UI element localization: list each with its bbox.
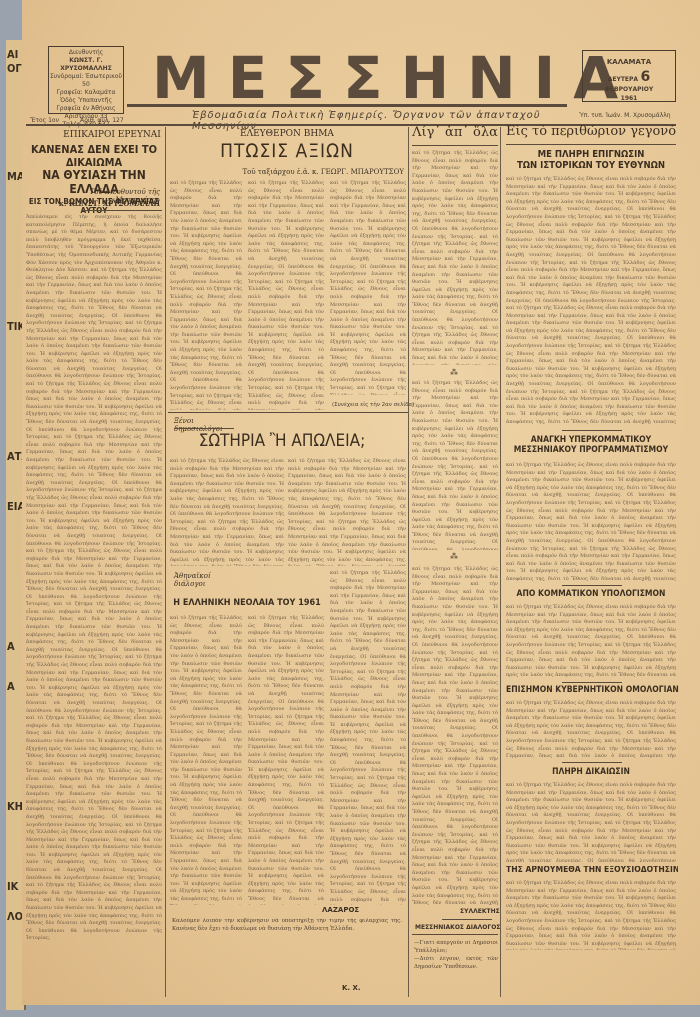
newspaper-title: ΜΕΣΣΗΝΙΑ xyxy=(152,48,572,108)
newspaper-page: Διευθυντής ΚΩΝΣΤ. Γ. ΧΡΥΣΟΜΑΛΛΗΣ Συνδρομ… xyxy=(22,0,700,1005)
dialogue-rule xyxy=(412,934,498,935)
previous-page-fragment: Α xyxy=(7,640,23,653)
col2-bottom-headline: Η ΕΛΛΗΝΙΚΗ ΝΕΟΛΑΙΑ ΤΟΥ 1961 xyxy=(172,598,322,608)
lead-byline-author: κ. ΚΩΝΣΤ. ΧΡΥΣΟΜΑΛΛΗ xyxy=(42,199,160,208)
col4-section-heading: Εἰς τὸ περιθώριον γεγονότων xyxy=(506,125,676,140)
col4-divider xyxy=(562,430,622,431)
col2-bottom-body: καὶ τὸ ζήτημα τῆς Ἑλλάδος ὡς ἔθνους εἶνα… xyxy=(248,615,324,905)
column-rule xyxy=(500,127,501,997)
kicker-rule xyxy=(174,428,234,429)
col3-body: καὶ τὸ ζήτημα τῆς Ἑλλάδος ὡς ἔθνους εἶνα… xyxy=(412,150,498,365)
col3-heading-rule xyxy=(412,145,498,146)
headline-line: ΤΩΝ ΙΣΤΟΡΙΚΩΝ ΤΟΥ ΕΥΘΥΝΩΝ xyxy=(506,161,676,172)
continued-note: (Συνέχεια εἰς τὴν 2αν σελίδα) xyxy=(332,402,414,408)
col4-headline-1: ΜΕ ΠΛΗΡΗ ΕΠΙΓΝΩΣΙΝ ΤΩΝ ΙΣΤΟΡΙΚΩΝ ΤΟΥ ΕΥΘ… xyxy=(506,150,676,172)
col2-body: καὶ τὸ ζήτημα τῆς Ἑλλάδος ὡς ἔθνους εἶνα… xyxy=(330,180,406,395)
publisher-name: ΚΩΝΣΤ. Γ. ΧΡΥΣΟΜΑΛΛΗΣ xyxy=(49,57,123,73)
col4-body: καὶ τὸ ζήτημα τῆς Ἑλλάδος ὡς ἔθνους εἶνα… xyxy=(506,700,676,758)
date-line: ΔΕΥΤΕΡΑ 6 ΦΕΒΡΟΥΑΡΙΟΥ xyxy=(583,69,675,93)
col2-body: καὶ τὸ ζήτημα τῆς Ἑλλάδος ὡς ἔθνους εἶνα… xyxy=(248,180,324,410)
date-box: ΚΑΛΑΜΑΤΑ ΔΕΥΤΕΡΑ 6 ΦΕΒΡΟΥΑΡΙΟΥ 1961 xyxy=(582,50,676,102)
col4-body: καὶ τὸ ζήτημα τῆς Ἑλλάδος ὡς ἔθνους εἶνα… xyxy=(506,604,676,680)
col3-rule xyxy=(442,919,492,920)
previous-page-fragment: ΙΚ xyxy=(7,880,23,893)
day-number: 6 xyxy=(641,69,651,85)
col4-body: καὶ τὸ ζήτημα τῆς Ἑλλάδος ὡς ἔθνους εἶνα… xyxy=(506,176,676,426)
lead-headline-line: ΚΑΝΕΝΑΣ ΔΕΝ ΕΧΕΙ ΤΟ ΔΙΚΑΙΩΜΑ xyxy=(24,144,164,169)
col2-body: καὶ τὸ ζήτημα τῆς Ἑλλάδος ὡς ἔθνους εἶνα… xyxy=(170,180,242,410)
col4-headline-6: ΤΗΣ ΑΡΝΟΥΜΕΘΑ ΤΗΝ ΕΞΟΥΣΙΟΔΟΤΗΣΙΝ xyxy=(506,866,678,876)
masthead-rule xyxy=(127,104,567,107)
col2-bottom-body: καὶ τὸ ζήτημα τῆς Ἑλλάδος ὡς ἔθνους εἶνα… xyxy=(330,570,406,905)
col2-bottom-kicker: Ἀθηναϊκοί διάλογοι xyxy=(174,572,244,588)
dialogue-line: —Διότι λέγουν, ἐκτὸς τῶν Δημοσίων Ὑποθέσ… xyxy=(414,956,498,970)
lead-kicker: ΕΠΙΚΑΙΡΟΙ ΕΡΕΥΝΑΙ xyxy=(62,130,162,140)
col2-bottom-body: καὶ τὸ ζήτημα τῆς Ἑλλάδος ὡς ἔθνους εἶνα… xyxy=(170,615,242,905)
closing-paragraph: Καλοῦμεν λοιπὸν τὴν κυβέρνησιν νὰ ὑποστη… xyxy=(172,918,402,986)
previous-page-fragment: ΜΑ xyxy=(7,170,23,183)
office-city: Γραφεῖα: Καλαμάτα xyxy=(49,89,123,97)
section-divider xyxy=(168,412,408,413)
previous-page-fragment: ΑΤΑ xyxy=(7,450,23,463)
col4-body: καὶ τὸ ζήτημα τῆς Ἑλλάδος ὡς ἔθνους εἶνα… xyxy=(506,880,676,950)
year: 1961 xyxy=(583,95,675,102)
separator-asterisks: ⁂ xyxy=(450,552,458,561)
col3-heading: Λίγ᾽ ἀπ᾽ ὅλα xyxy=(412,126,498,141)
lead-body: Ἀπελάσαμεν εἰς τὴν συνέχειαν τῆς Βουλῆς … xyxy=(26,214,162,994)
col4-body: καὶ τὸ ζήτημα τῆς Ἑλλάδος ὡς ἔθνους εἶνα… xyxy=(506,462,676,582)
col4-divider xyxy=(562,762,622,763)
dialogue-line: —Γιατί ἀπεργοῦν οἱ Δημόσιοι Ὑπάλληλοι; xyxy=(414,940,498,954)
athens-office: Γραφεῖα ἐν Ἀθήναις xyxy=(49,105,123,113)
separator-asterisks: ⁂ xyxy=(450,368,458,377)
issue-year: Ἔτος 1ον xyxy=(30,117,59,124)
col4-heading-rule xyxy=(506,144,676,145)
col2-mid-body: καὶ τὸ ζήτημα τῆς Ἑλλάδος ὡς ἔθνους εἶνα… xyxy=(170,458,284,566)
publisher-box: Διευθυντής ΚΩΝΣΤ. Γ. ΧΡΥΣΟΜΑΛΛΗΣ Συνδρομ… xyxy=(48,46,124,114)
previous-page-fragment: ΛΟ xyxy=(7,910,23,923)
col3-body: καὶ τὸ ζήτημα τῆς Ἑλλάδος ὡς ἔθνους εἶνα… xyxy=(412,566,498,906)
subscription-info: Συνδρομαί: Ἐσωτερικοῦ 50 xyxy=(49,73,123,89)
col4-headline-3: ΑΠΟ ΚΟΜΜΑΤΙΚΟΝ ΥΠΟΛΟΓΙΣΜΟΝ xyxy=(506,590,676,600)
col4-body: καὶ τὸ ζήτημα τῆς Ἑλλάδος ὡς ἔθνους εἶνα… xyxy=(506,782,676,862)
col4-headline-2: ΑΝΑΓΚΗ ΥΠΕΡΚΟΜΜΑΤΙΚΟΥ ΜΕΣΣΗΝΙΑΚΟΥ ΠΡΟΓΡΑ… xyxy=(506,436,676,456)
col3-body: καὶ τὸ ζήτημα τῆς Ἑλλάδος ὡς ἔθνους εἶνα… xyxy=(412,380,498,550)
byline-rule xyxy=(82,210,162,211)
month: ΦΕΒΡΟΥΑΡΙΟΥ xyxy=(605,86,653,93)
col3-signature: ΣΥΛΛΕΚΤΗΣ xyxy=(460,908,500,915)
col2-kicker: ΕΛΕΥΘΕΡΟΝ ΒΗΜΑ xyxy=(172,129,402,139)
previous-page-fragment: ΕΙΑ xyxy=(7,500,23,513)
office-street: Ὁδὸς Ὑπαπαντῆς xyxy=(49,97,123,105)
dialogue-heading: ΜΕΣΣΗΝΙΑΚΟΣ ΔΙΑΛΟΓΟΣ xyxy=(415,924,500,931)
col4-headline-4: ΕΠΙΣΗΜΟΝ ΚΥΒΕΡΝΗΤΙΚΟΝ ΟΜΟΛΟΓΙΑΝ xyxy=(506,686,676,696)
column-rule xyxy=(165,127,166,997)
col4-divider xyxy=(562,682,622,683)
col2-mid-headline: ΣΩΤΗΡΙΑ Ἢ ΑΠΩΛΕΙΑ; xyxy=(172,432,392,452)
col2-byline: Τοῦ ταξιάρχου ἐ.ἀ. κ. ΓΕΩΡΓ. ΜΠΑΡΟΥΤΣΟΥ xyxy=(172,168,404,176)
closing-signature: Κ. Χ. xyxy=(342,984,361,992)
publisher-label: Διευθυντής xyxy=(49,49,123,57)
previous-page-fragment: ΤΙΚ xyxy=(7,320,23,333)
lazaros-signature: ΛΑΖΑΡΟΣ xyxy=(322,906,359,914)
col2-headline: ΠΤΩΣΙΣ ΑΞΙΩΝ xyxy=(172,141,402,163)
place: ΚΑΛΑΜΑΤΑ xyxy=(583,58,675,66)
editor-note: Ὑπ. τυπ. Ἰωάν. Μ. Χρυσομάλλη xyxy=(579,112,671,119)
col4-headline-5: ΠΛΗΡΗ ΔΙΚΑΙΩΣΙΝ xyxy=(506,768,676,778)
col4-divider xyxy=(562,585,622,586)
issue-number: Ἀριθ. φύλ. 127 xyxy=(80,117,124,124)
previous-page-fragment: ΑΙ xyxy=(7,48,23,61)
previous-page-fragment: Α xyxy=(7,680,23,693)
headline-line: ΜΕΣΣΗΝΙΑΚΟΥ ΠΡΟΓΡΑΜΜΑΤΙΣΜΟΥ xyxy=(506,446,676,456)
previous-page-fragment: ΚΗ xyxy=(7,800,23,813)
weekday: ΔΕΥΤΕΡΑ xyxy=(608,76,638,83)
column-rule xyxy=(408,127,409,997)
col2-mid-body: καὶ τὸ ζήτημα τῆς Ἑλλάδος ὡς ἔθνους εἶνα… xyxy=(288,458,406,566)
previous-page-fragment: ΟΓ xyxy=(7,62,23,75)
